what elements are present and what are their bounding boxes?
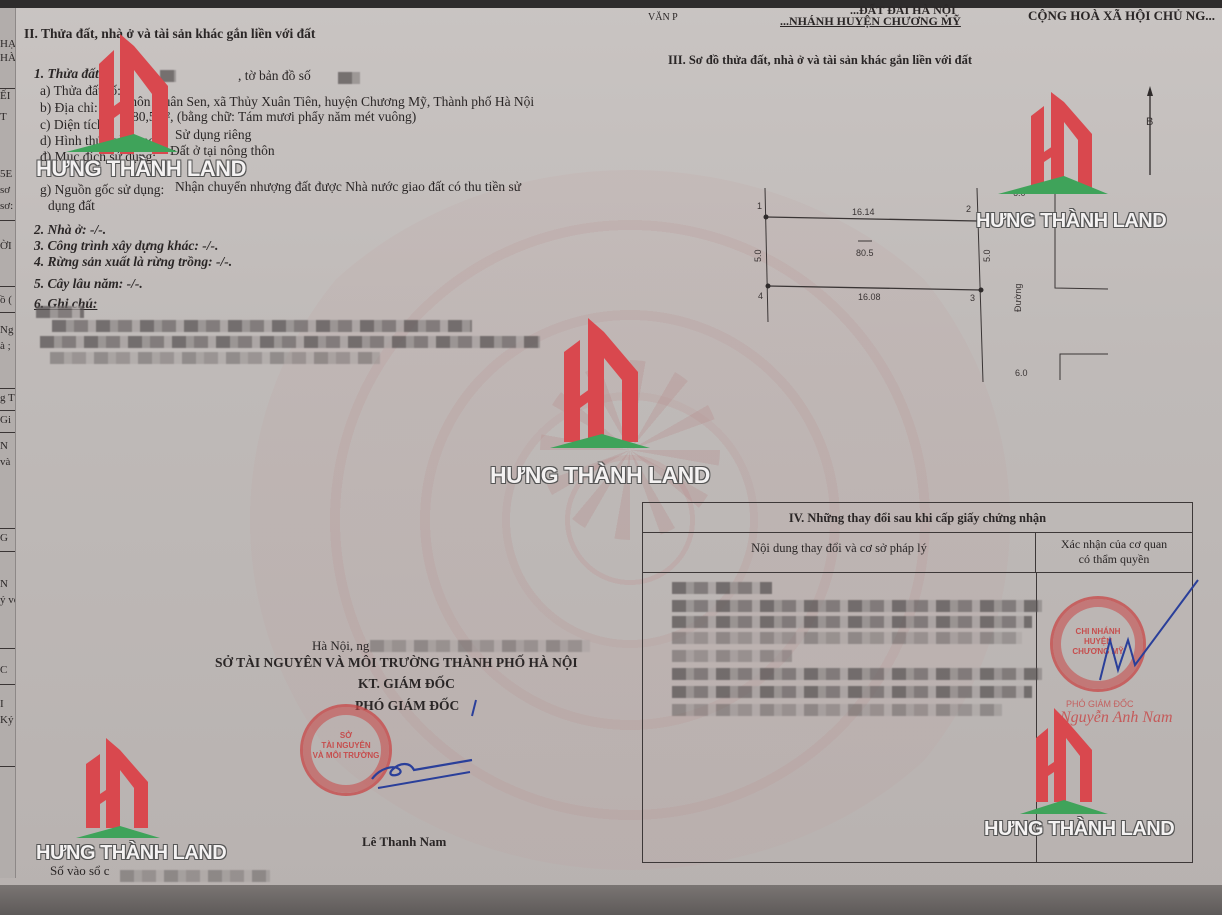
edge-left-length: 5.0 xyxy=(753,249,763,262)
map-sheet-label: , tờ bản đồ số xyxy=(238,68,311,84)
strip-text: T xyxy=(0,111,7,123)
section3-title: III. Sơ đồ thửa đất, nhà ở và tài sản kh… xyxy=(668,52,972,68)
ht-logo-icon xyxy=(976,82,1146,212)
top-shadow xyxy=(0,0,1222,8)
place-date: Hà Nội, ng xyxy=(312,638,369,654)
redacted-register xyxy=(120,870,270,882)
certificate-photo: HẠN HÀ ẾI T 5E sơ sơ: ỜI ồ ( Ng à ; g T … xyxy=(0,0,1222,915)
register-label: Số vào sổ c xyxy=(50,863,110,879)
signing-agency: SỞ TÀI NGUYÊN VÀ MÔI TRƯỜNG THÀNH PHỐ HÀ… xyxy=(215,655,578,671)
point-1: 1 xyxy=(757,201,762,211)
redacted-change-entry xyxy=(672,616,1032,628)
strip-text: và xyxy=(0,456,10,468)
ht-logo-icon xyxy=(36,734,226,844)
strip-text: HẠN xyxy=(0,38,16,50)
strip-text: G xyxy=(0,532,8,544)
adjacent-page-strip: HẠN HÀ ẾI T 5E sơ sơ: ỜI ồ ( Ng à ; g T … xyxy=(0,8,16,878)
watermark-logo: HƯNG THÀNH LAND xyxy=(36,22,226,187)
strip-text: I xyxy=(0,698,4,710)
strip-text: sơ: xyxy=(0,200,13,212)
strip-text: N xyxy=(0,440,8,452)
strip-text: à ; xyxy=(0,340,11,352)
parcel-area: 80.5 xyxy=(856,248,874,258)
branch-stamp: CHI NHÁNH HUYỆN CHƯƠNG MỸ xyxy=(1050,596,1146,692)
redacted-notes xyxy=(50,352,380,364)
strip-text: Gi xyxy=(0,414,11,426)
item5-perennial: 5. Cây lâu năm: -/-. xyxy=(34,276,143,292)
redacted-notes xyxy=(52,320,472,332)
redacted-change-entry xyxy=(672,632,1022,644)
redacted-change-entry xyxy=(672,704,1002,716)
road-width-bottom: 6.0 xyxy=(1015,368,1028,378)
strip-text: C xyxy=(0,664,7,676)
edge-bottom-length: 16.08 xyxy=(858,292,881,302)
national-title: CỘNG HOÀ XÃ HỘI CHỦ NG... xyxy=(1028,8,1215,24)
point-2: 2 xyxy=(966,204,971,214)
road-label: Đường xyxy=(1013,284,1023,312)
north-label: B xyxy=(1146,116,1153,128)
ht-logo-icon xyxy=(490,312,700,462)
watermark-logo: HƯNG THÀNH LAND xyxy=(490,312,700,467)
signer-name: Lê Thanh Nam xyxy=(362,834,446,850)
official-stamp: SỞ TÀI NGUYÊN VÀ MÔI TRƯỜNG xyxy=(300,704,392,796)
redacted-change-entry xyxy=(672,600,1042,612)
watermark-logo: HƯNG THÀNH LAND xyxy=(976,82,1146,217)
item4-forest: 4. Rừng sản xuất là rừng trồng: -/-. xyxy=(34,254,232,270)
point-3: 3 xyxy=(970,293,975,303)
strip-text: ồ ( xyxy=(0,294,12,306)
watermark-logo: HƯNG THÀNH LAND xyxy=(36,734,226,849)
redacted-date xyxy=(370,640,590,652)
redacted-notes xyxy=(36,306,84,318)
col-header-confirmation-line2: có thẩm quyền xyxy=(1036,552,1192,567)
strip-text: g T xyxy=(0,392,15,404)
item2-house: 2. Nhà ở: -/-. xyxy=(34,222,106,238)
strip-text: sơ xyxy=(0,184,10,196)
watermark-logo: HƯNG THÀNH LAND xyxy=(984,702,1154,822)
edge-right-length: 5.0 xyxy=(982,249,992,262)
strip-text: Ng xyxy=(0,324,13,336)
redacted-change-entry xyxy=(672,650,792,662)
bottom-shadow xyxy=(0,885,1222,915)
col-header-confirmation-line1: Xác nhận của cơ quan xyxy=(1036,537,1192,552)
col-header-changes: Nội dung thay đổi và cơ sở pháp lý xyxy=(643,533,1036,573)
strip-text: ỜI xyxy=(0,240,12,252)
strip-text: Ký v xyxy=(0,714,16,726)
edge-top-length: 16.14 xyxy=(852,207,875,217)
redacted-map-sheet xyxy=(338,72,360,84)
col-header-confirmation: Xác nhận của cơ quan có thẩm quyền xyxy=(1036,533,1192,573)
item3-other-works: 3. Công trình xây dựng khác: -/-. xyxy=(34,238,218,254)
strip-text: N xyxy=(0,578,8,590)
strip-text: 5E xyxy=(0,168,12,180)
strip-text: ý vơ xyxy=(0,594,16,606)
field-g-value-line2: dụng đất xyxy=(48,198,95,214)
strip-text: HÀ xyxy=(0,52,16,64)
ht-logo-icon xyxy=(984,702,1154,817)
strip-text: ẾI xyxy=(0,90,10,102)
fold-label: VĂN P xyxy=(648,12,678,23)
redacted-change-entry xyxy=(672,668,1042,680)
redacted-notes xyxy=(40,336,540,348)
section4-title: IV. Những thay đổi sau khi cấp giấy chứn… xyxy=(643,503,1192,533)
on-behalf-title: KT. GIÁM ĐỐC xyxy=(358,676,455,692)
redacted-change-entry xyxy=(672,686,1032,698)
redacted-change-entry xyxy=(672,582,772,594)
point-4: 4 xyxy=(758,291,763,301)
agency-line-2: ...NHÁNH HUYỆN CHƯƠNG MỸ xyxy=(780,14,961,29)
